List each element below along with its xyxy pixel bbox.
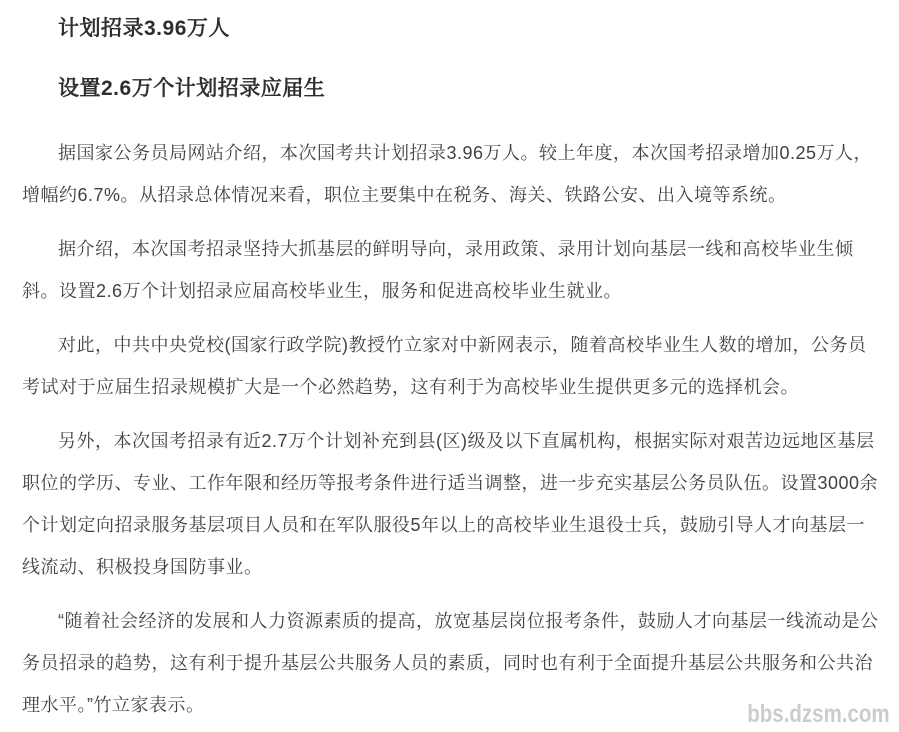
article-paragraph-expert-comment: 对此，中共中央党校(国家行政学院)教授竹立家对中新网表示，随着高校毕业生人数的增… bbox=[22, 324, 880, 408]
article-paragraph-county-positions: 另外，本次国考招录有近2.7万个计划补充到县(区)级及以下直属机构，根据实际对艰… bbox=[22, 420, 880, 588]
article-page: 计划招录3.96万人 设置2.6万个计划招录应届生 据国家公务员局网站介绍，本次… bbox=[0, 0, 899, 732]
article-heading-recruit-count: 计划招录3.96万人 bbox=[22, 8, 880, 50]
article-paragraph-overview: 据国家公务员局网站介绍，本次国考共计划招录3.96万人。较上年度，本次国考招录增… bbox=[22, 132, 880, 216]
article-paragraph-grassroots-policy: 据介绍，本次国考招录坚持大抓基层的鲜明导向，录用政策、录用计划向基层一线和高校毕… bbox=[22, 228, 880, 312]
article-heading-fresh-graduates: 设置2.6万个计划招录应届生 bbox=[22, 68, 880, 110]
site-watermark: bbs.dzsm.com bbox=[748, 700, 890, 729]
